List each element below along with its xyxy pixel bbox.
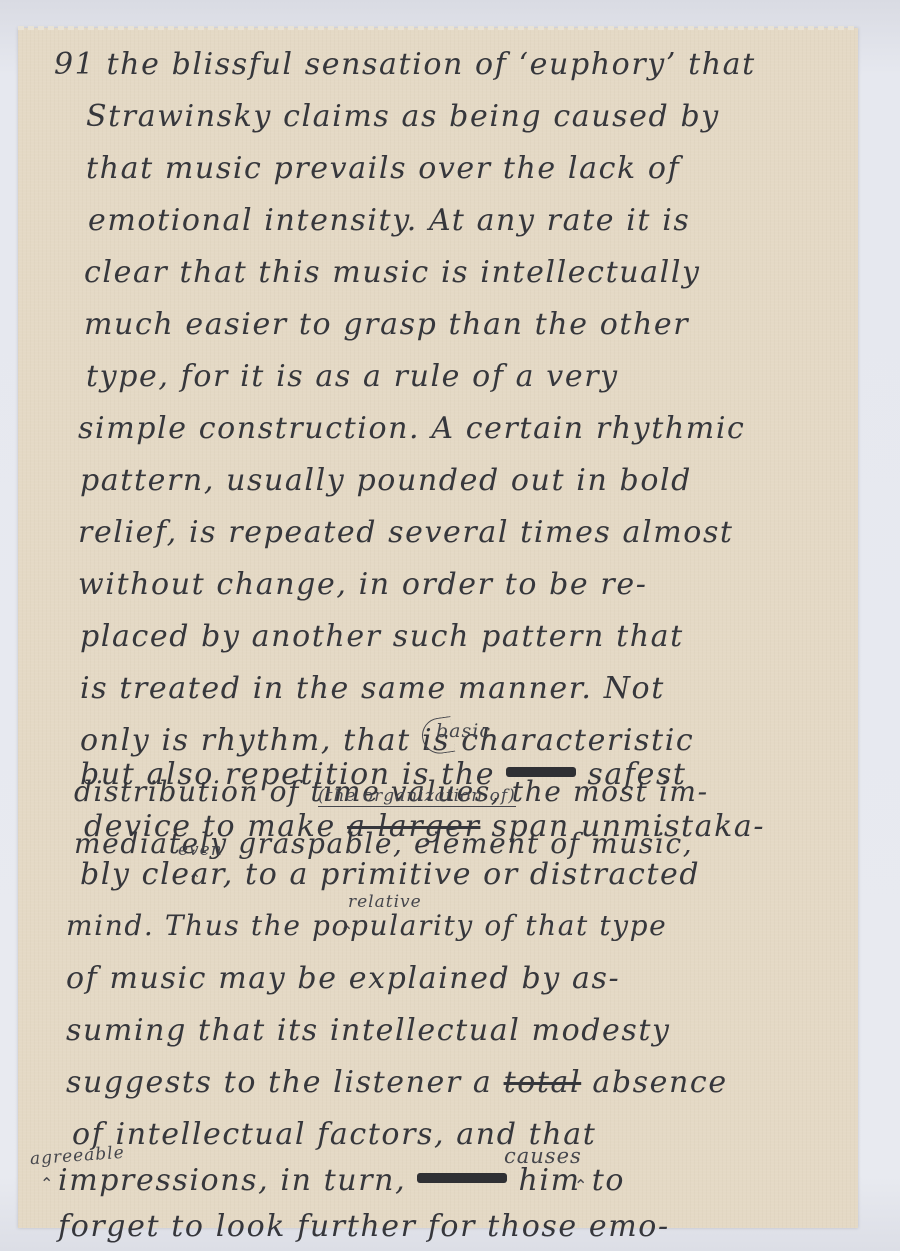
manuscript-line-26: forget to look further for those emo-	[58, 1212, 670, 1242]
line-18-text-after: span unmistaka-	[480, 809, 765, 844]
manuscript-line-5: clear that this music is intellectually	[84, 258, 701, 288]
crossed-out-word: makes	[417, 1173, 507, 1183]
crossed-out-phrase: a larger	[347, 809, 480, 844]
manuscript-line-10: relief, is repeated several times almost	[78, 518, 734, 548]
line-23-text-after: absence	[581, 1065, 727, 1100]
manuscript-line-23: suggests to the listener a total absence	[66, 1068, 728, 1098]
manuscript-line-21: of music may be explained by as-	[66, 964, 620, 994]
insertion-the-organization-of: (the organization of)	[318, 788, 516, 807]
manuscript-line-20: mind. Thus the popularity of that type	[66, 912, 667, 940]
manuscript-line-12: placed by another such pattern that	[80, 622, 684, 652]
manuscript-line-9: pattern, usually pounded out in bold	[80, 466, 692, 496]
manuscript-line-3: that music prevails over the lack of	[86, 154, 680, 184]
line-25-text-before: impressions, in turn,	[58, 1163, 417, 1198]
caret-mark: ⌃	[40, 1176, 53, 1192]
manuscript-line-25: impressions, in turn, makes him to	[58, 1166, 625, 1196]
manuscript-line-18: device to make a larger span unmistaka-	[84, 812, 765, 842]
crossed-out-word: most	[506, 767, 576, 777]
crossed-out-word: total	[504, 1065, 582, 1100]
manuscript-line-4: emotional intensity. At any rate it is	[88, 206, 690, 236]
manuscript-line-14: only is rhythm, that is characteristic	[80, 726, 694, 756]
manuscript-line-2: Strawinsky claims as being caused by	[86, 102, 720, 132]
manuscript-line-8: simple construction. A certain rhythmic	[78, 414, 745, 444]
line-18-text-before: device to make	[84, 809, 347, 844]
line-25-text-after: him to	[507, 1163, 625, 1198]
manuscript-line-6: much easier to grasp than the other	[84, 310, 689, 340]
line-17-text-after: safest	[576, 757, 686, 792]
manuscript-line-1: 91 the blissful sensation of ‘euphory’ t…	[54, 50, 756, 80]
manuscript-line-19: bly clear, to a primitive or distracted	[80, 860, 700, 890]
insertion-basic: basic	[436, 722, 491, 741]
line-23-text-before: suggests to the listener a	[66, 1065, 504, 1100]
manuscript-line-22: suming that its intellectual modesty	[66, 1016, 671, 1046]
manuscript-line-11: without change, in order to be re-	[78, 570, 647, 600]
manuscript-line-13: is treated in the same manner. Not	[80, 674, 665, 704]
manuscript-line-7: type, for it is as a rule of a very	[86, 362, 619, 392]
manuscript-page: 91 the blissful sensation of ‘euphory’ t…	[18, 28, 858, 1228]
